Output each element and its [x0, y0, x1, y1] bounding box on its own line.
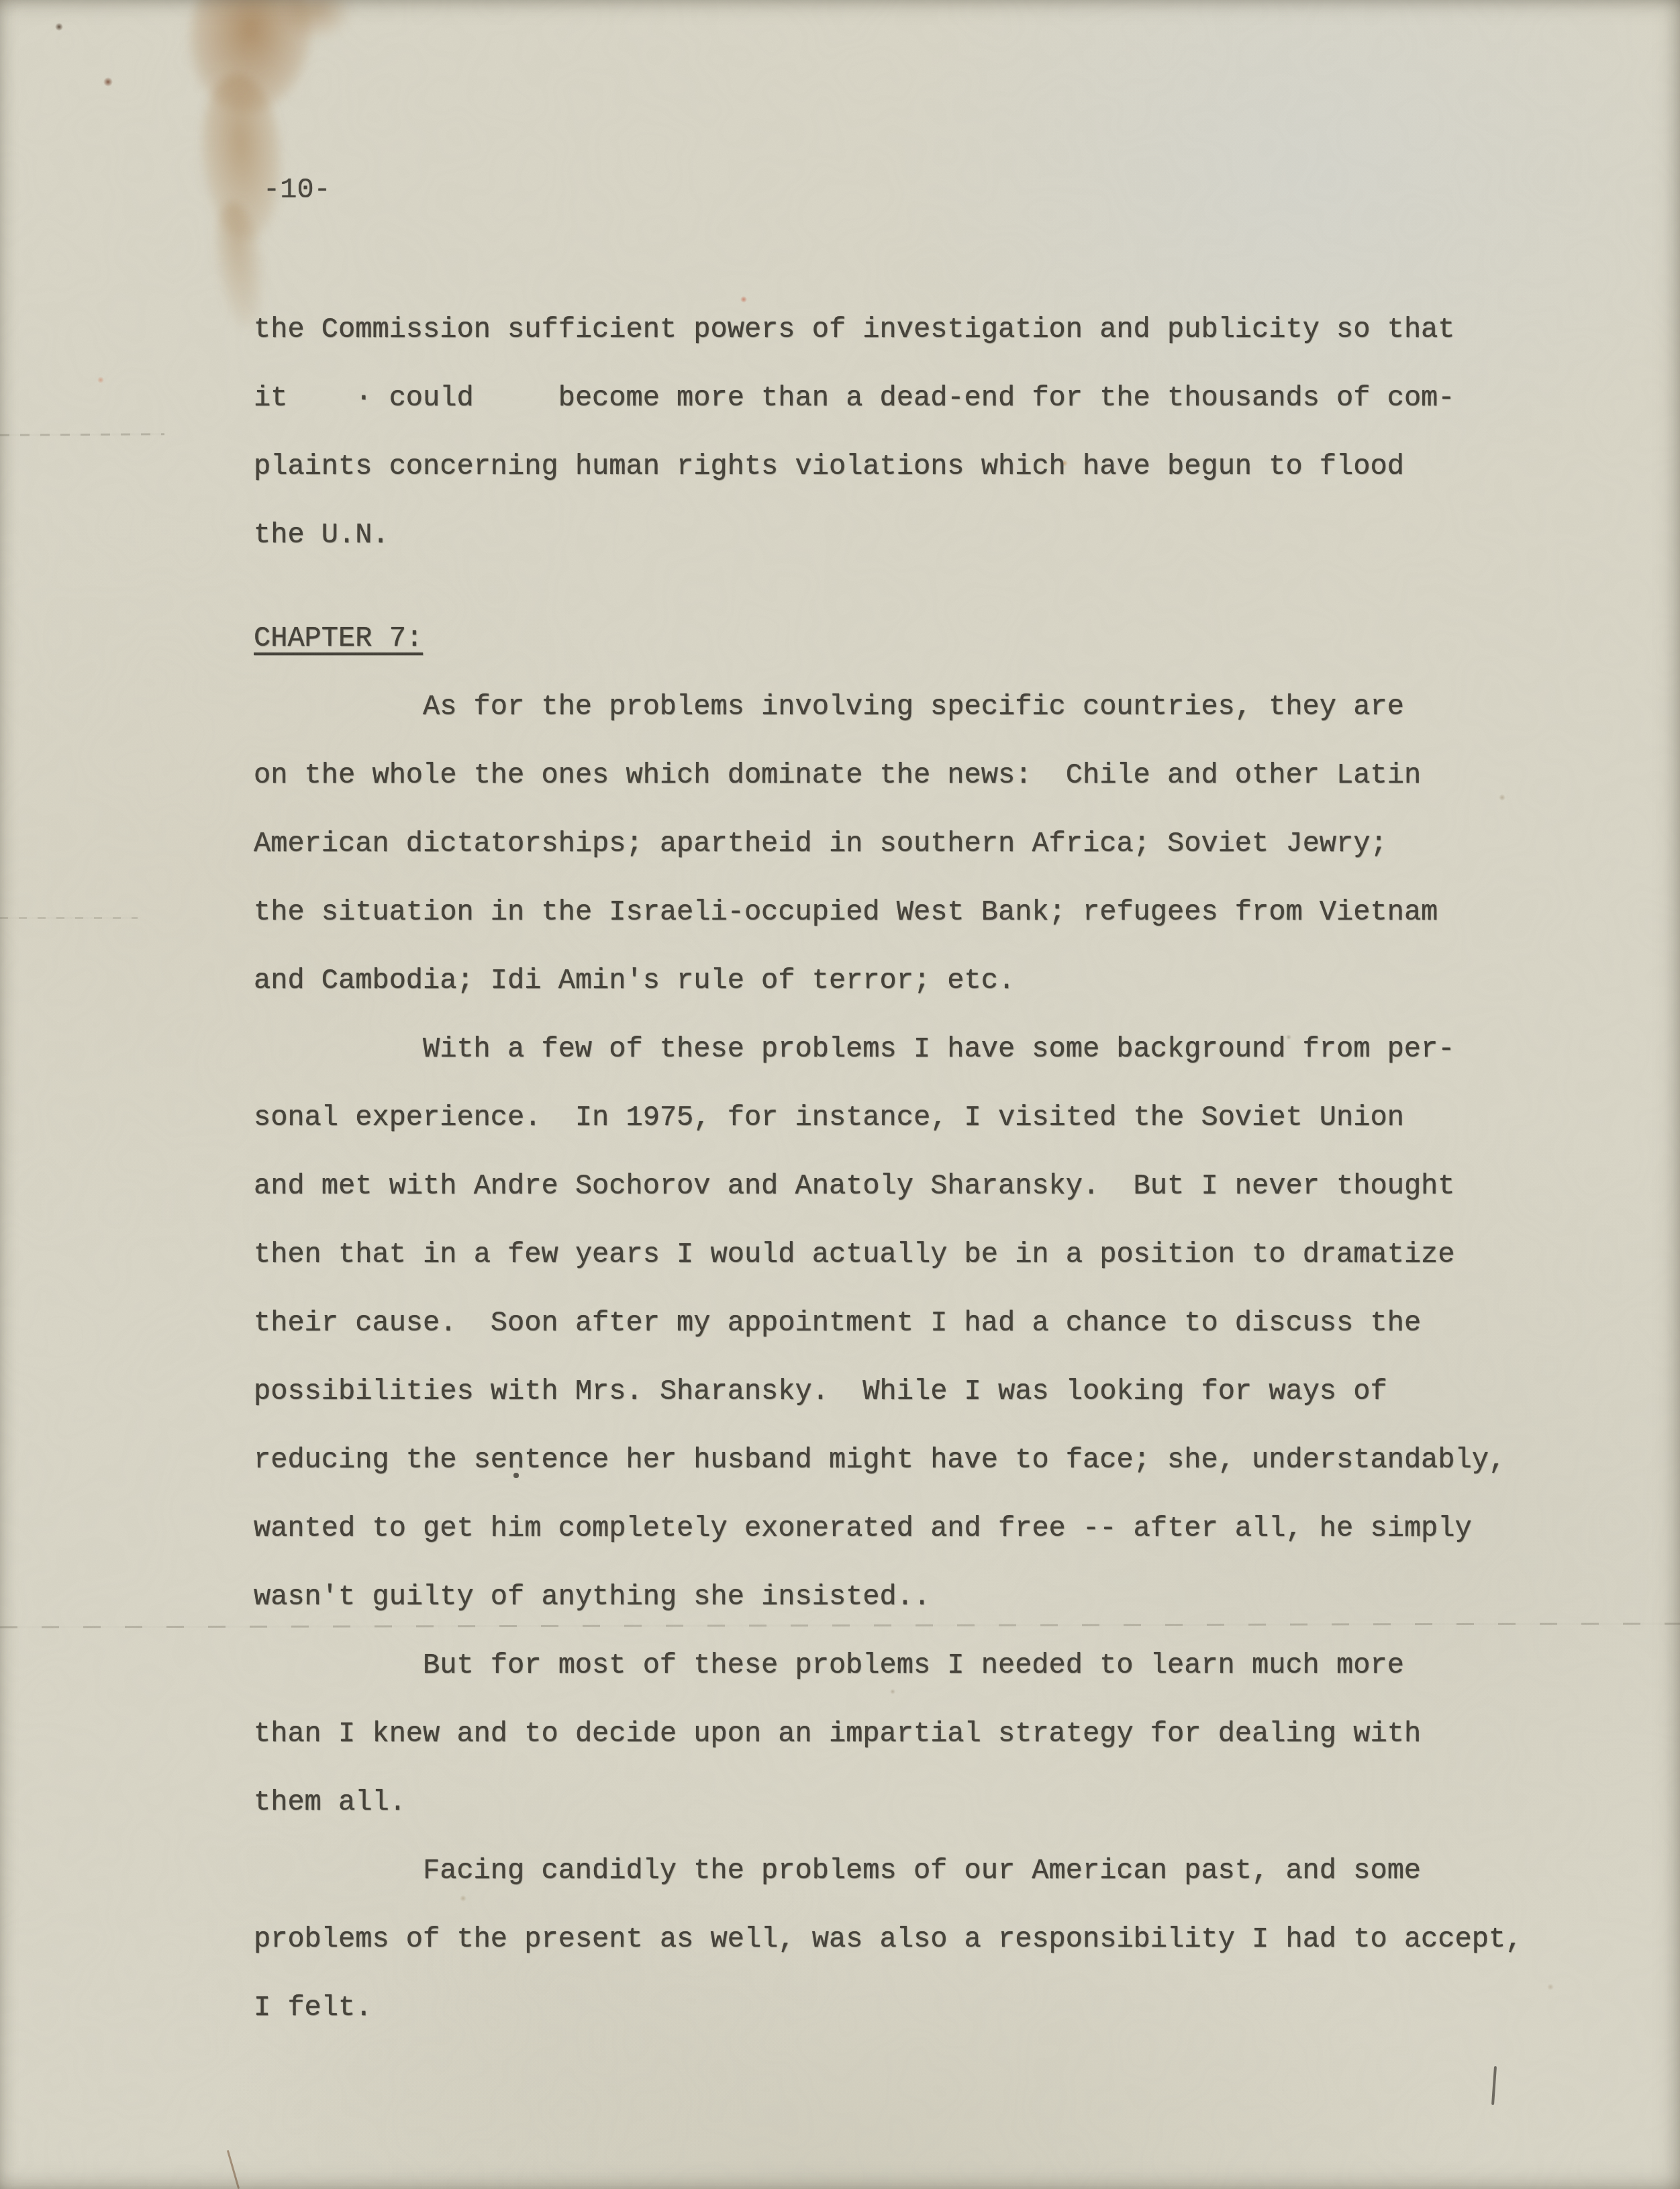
typed-line-text: wanted to get him completely exonerated … — [254, 1512, 1472, 1545]
typed-line: them all. — [254, 1768, 1596, 1837]
typed-text: the Commission sufficient powers of inve… — [254, 295, 1596, 2042]
chapter-heading-text: CHAPTER 7: — [254, 622, 423, 654]
typed-line: the situation in the Israeli-occupied We… — [254, 878, 1596, 946]
typed-line: Facing candidly the problems of our Amer… — [254, 1837, 1596, 1905]
typed-line: their cause. Soon after my appointment I… — [254, 1289, 1596, 1357]
typed-line-text: reducing the sentence her husband might … — [254, 1444, 1505, 1476]
typed-line-text: and met with Andre Sochorov and Anatoly … — [254, 1170, 1455, 1202]
typed-line: and met with Andre Sochorov and Anatoly … — [254, 1152, 1596, 1220]
typed-line: With a few of these problems I have some… — [254, 1015, 1596, 1083]
typed-line-text: on the whole the ones which dominate the… — [254, 759, 1421, 791]
pen-tick-mark — [1491, 2066, 1497, 2105]
coffee-stain — [180, 0, 319, 120]
typed-line-text: the U.N. — [254, 519, 389, 551]
typed-line: and Cambodia; Idi Amin's rule of terror;… — [254, 946, 1596, 1015]
fold-crease-left-lower — [0, 917, 138, 919]
typed-line-text: than I knew and to decide upon an impart… — [254, 1718, 1421, 1750]
typed-line-text: problems of the present as well, was als… — [254, 1923, 1522, 1955]
typed-line-text: American dictatorships; apartheid in sou… — [254, 828, 1387, 860]
typed-line: possibilities with Mrs. Sharansky. While… — [254, 1357, 1596, 1426]
typed-line: American dictatorships; apartheid in sou… — [254, 810, 1596, 878]
coffee-stain-edge — [279, 0, 352, 40]
typed-line-text: then that in a few years I would actuall… — [254, 1238, 1455, 1271]
typed-line-text: the Commission sufficient powers of inve… — [254, 313, 1455, 346]
typed-line-text: them all. — [254, 1786, 406, 1818]
typed-line-text: and Cambodia; Idi Amin's rule of terror;… — [254, 965, 1015, 997]
typed-line: wanted to get him completely exonerated … — [254, 1494, 1596, 1563]
typed-line-text: sonal experience. In 1975, for instance,… — [254, 1102, 1404, 1134]
typed-line: the U.N. — [254, 501, 1596, 569]
typed-line: it · could become more than a dead-end f… — [254, 364, 1596, 432]
typed-line-text: their cause. Soon after my appointment I… — [254, 1307, 1421, 1339]
typed-line-text: Facing candidly the problems of our Amer… — [423, 1855, 1421, 1887]
fold-crease-left-upper — [0, 433, 164, 436]
typed-line-text: possibilities with Mrs. Sharansky. While… — [254, 1375, 1387, 1408]
typed-line-text: it · could become more than a dead-end f… — [254, 382, 1455, 414]
typed-line: the Commission sufficient powers of inve… — [254, 295, 1596, 364]
typed-line-text: As for the problems involving specific c… — [423, 691, 1404, 723]
typed-line: sonal experience. In 1975, for instance,… — [254, 1083, 1596, 1152]
typed-line: then that in a few years I would actuall… — [254, 1220, 1596, 1289]
fiber-mark — [227, 2150, 240, 2189]
page-number: -10- — [263, 156, 331, 224]
typed-line: than I knew and to decide upon an impart… — [254, 1700, 1596, 1768]
typed-line: As for the problems involving specific c… — [254, 673, 1596, 741]
typed-line: reducing the sentence her husband might … — [254, 1426, 1596, 1494]
typed-line-text: With a few of these problems I have some… — [423, 1033, 1454, 1065]
chapter-heading: CHAPTER 7: — [254, 604, 1596, 673]
typed-line: But for most of these problems I needed … — [254, 1631, 1596, 1700]
typed-line-text: wasn't guilty of anything she insisted.. — [254, 1581, 930, 1613]
typed-line-text: the situation in the Israeli-occupied We… — [254, 896, 1438, 928]
typed-line: plaints concerning human rights violatio… — [254, 432, 1596, 501]
typed-line: wasn't guilty of anything she insisted.. — [254, 1563, 1596, 1631]
typed-line: I felt. — [254, 1974, 1596, 2042]
document-page: -10- the Commission sufficient powers of… — [0, 0, 1680, 2189]
typed-line: on the whole the ones which dominate the… — [254, 741, 1596, 810]
typed-line: problems of the present as well, was als… — [254, 1905, 1596, 1974]
typed-line-text: But for most of these problems I needed … — [423, 1649, 1404, 1682]
typed-line-text: I felt. — [254, 1992, 372, 2024]
typed-line-text: plaints concerning human rights violatio… — [254, 450, 1404, 483]
